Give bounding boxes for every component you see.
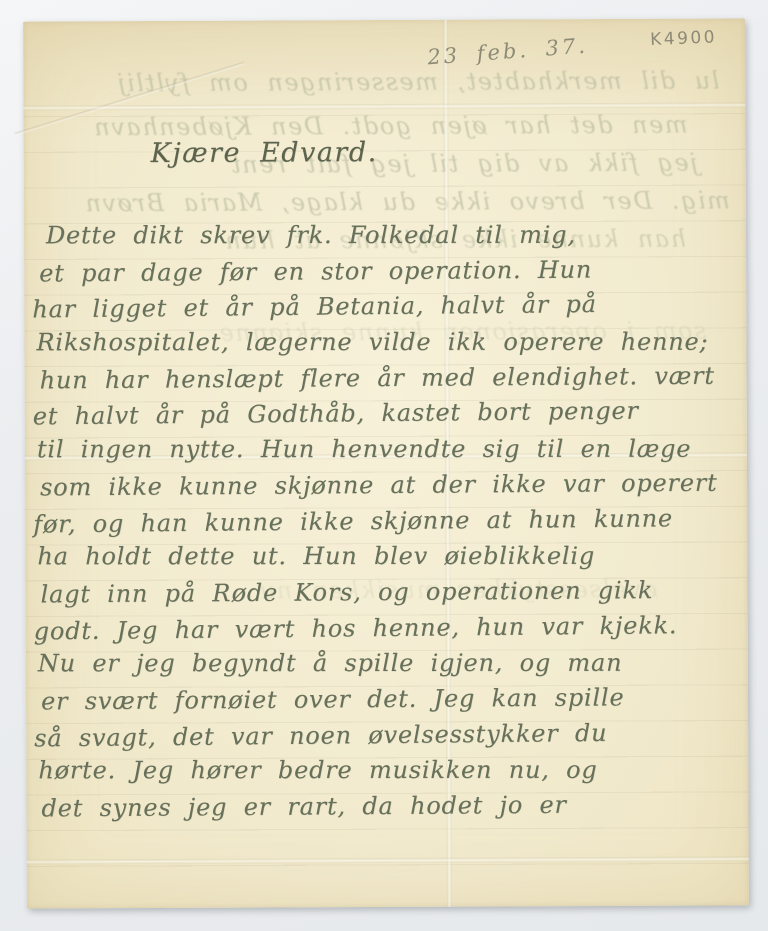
body-line: lagt inn på Røde Kors, og operationen gi… — [40, 572, 745, 613]
body-line: har ligget et år på Betania, halvt år på — [32, 286, 737, 328]
body-line: Rikshospitalet, lægerne vilde ikk operer… — [36, 325, 741, 361]
corner-crease — [14, 62, 244, 136]
horizontal-fold-crease — [27, 856, 749, 864]
body-line: Nu er jeg begyndt å spille igjen, og man — [38, 646, 743, 682]
catalog-number: K4900 — [650, 27, 718, 50]
body-line: ha holdt dette ut. Hun blev øieblikkelig — [37, 539, 742, 575]
body-line: det synes jeg er rart, da hodet jo er — [41, 787, 746, 828]
body-line: et halvt år på Godthåb, kastet bort peng… — [33, 393, 738, 435]
body-line: godt. Jeg har vært hos henne, hun var kj… — [34, 607, 739, 649]
body-line: til ingen nytte. Hun henvendte sig til e… — [37, 432, 742, 468]
salutation: Kjære Edvard. — [151, 137, 378, 169]
body-line: Dette dikt skrev frk. Folkedal til mig, — [36, 218, 741, 254]
bleedthrough-line: men det har øjen godt. Den Kjøbenhavn — [93, 111, 688, 142]
horizontal-fold-crease — [23, 102, 745, 110]
letter-page: lu dil merkhabtet, messeringen om fyltli… — [23, 18, 749, 908]
bleedthrough-line: lu dil merkhabtet, messeringen om fyltli… — [116, 67, 719, 98]
body-line: før, og han kunne ikke skjønne at hun ku… — [33, 500, 738, 542]
letter-body: Dette dikt skrev frk. Folkedal til mig, … — [36, 216, 744, 826]
bleedthrough-line: mig. Der brevo ikke du klage, Maria Brøv… — [84, 186, 730, 217]
body-line: er svært fornøiet over det. Jeg kan spil… — [41, 679, 746, 720]
letter-date: 23 feb. 37. — [427, 34, 589, 70]
body-line: så svagt, det var noen øvelsesstykker du — [34, 714, 739, 756]
body-line: som ikke kunne skjønne at der ikke var o… — [40, 465, 745, 506]
body-line: hørte. Jeg hører bedre musikken nu, og — [38, 753, 743, 789]
